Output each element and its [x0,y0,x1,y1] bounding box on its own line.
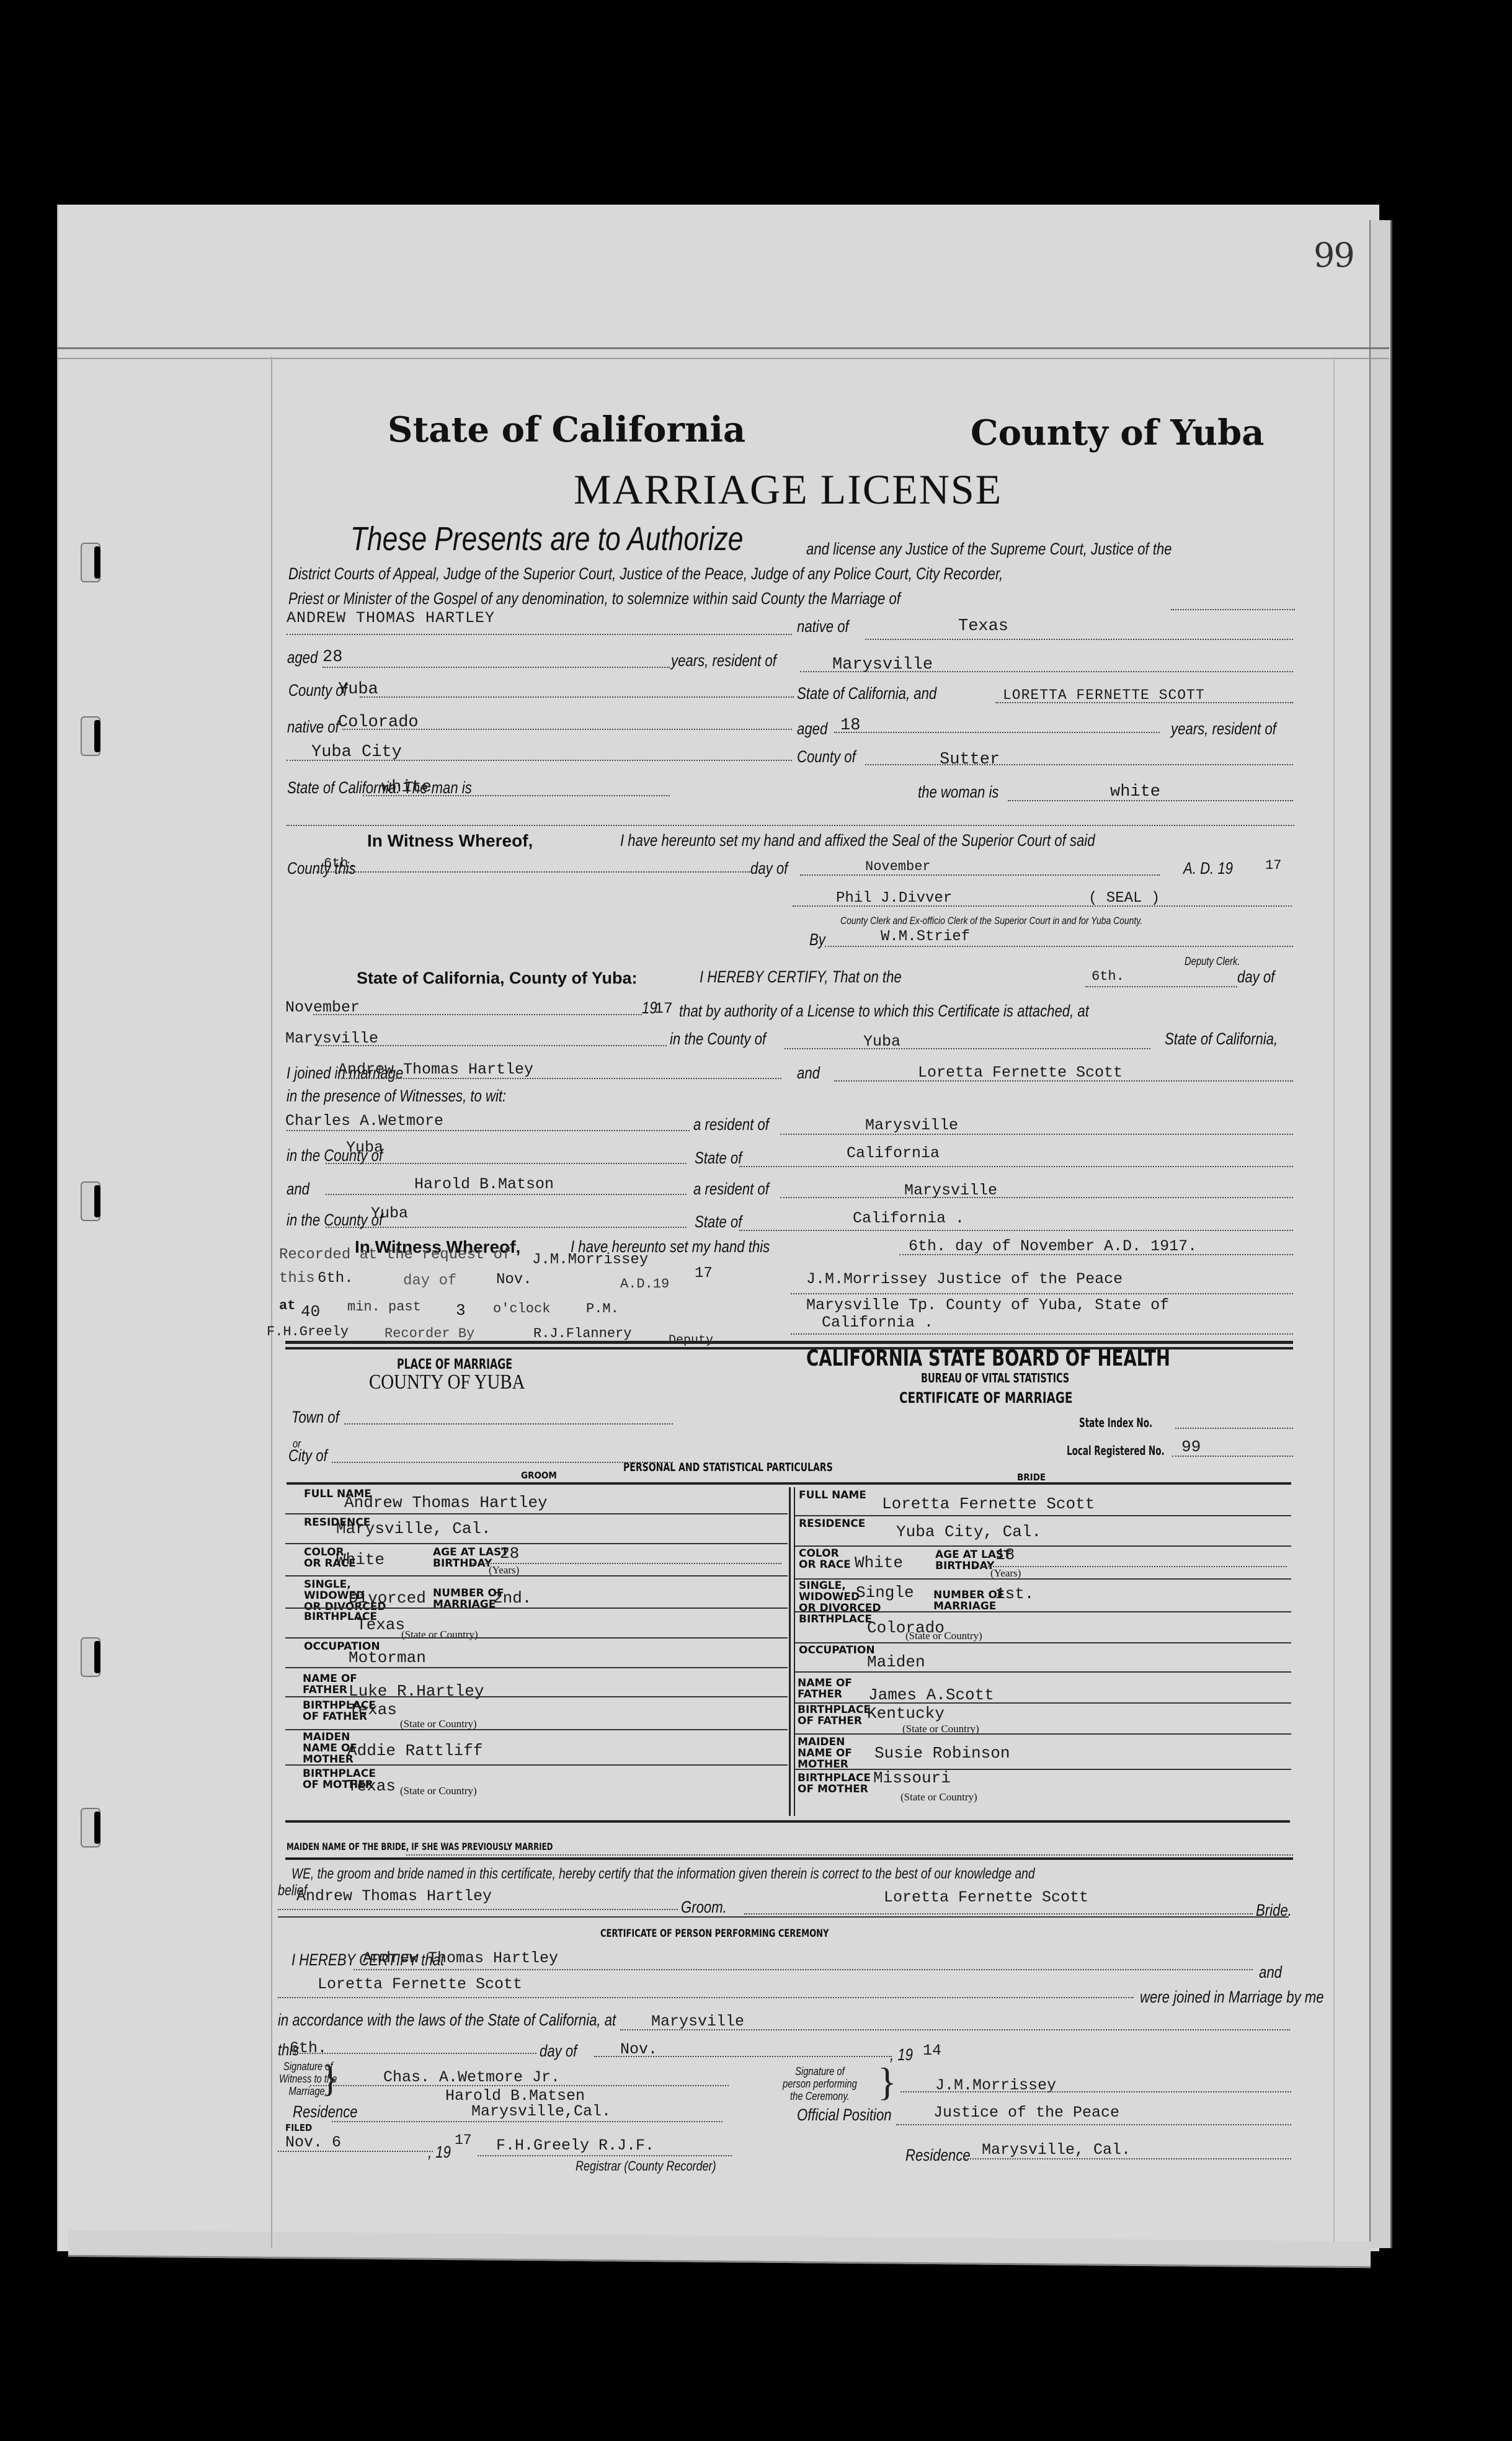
label: BIRTHPLACE OF MOTHER [798,1772,871,1795]
recording-label: at [279,1298,295,1314]
recording-label: min. past [347,1299,421,1315]
seal-text: ( SEAL ) [1088,890,1160,907]
page-number: 99 [1314,236,1354,275]
label: , 19 [428,2143,451,2162]
groom-father: Luke R.Hartley [349,1682,484,1701]
label: day of [1237,967,1274,987]
recording-label: o'clock [493,1301,550,1317]
label: NUMBER OF MARRIAGE [933,1590,1005,1612]
bride-father: James A.Scott [868,1686,994,1704]
label: COLOR OR RACE [799,1548,851,1570]
official-position-field: Justice of the Peace [933,2104,1119,2122]
label: years, resident of [671,651,776,670]
label: I HEREBY CERTIFY, That on the [700,967,902,987]
groom-full-name: Andrew Thomas Hartley [344,1493,548,1512]
groom-column-header: GROOM [521,1470,557,1481]
label: native of [797,617,849,636]
ceremony-groom-field: Andrew Thomas Hartley [363,1949,558,1967]
label: Signature of person performing the Cerem… [783,2065,857,2102]
bride-occupation: Maiden [867,1653,925,1671]
cert-year-field: 17 [654,1000,673,1018]
binding-hole-icon [81,543,100,582]
label: and [1259,1963,1282,1982]
witness1-county-field: Yuba [346,1139,383,1157]
ceremony-heading: CERTIFICATE OF PERSON PERFORMING CEREMON… [600,1927,829,1940]
bride-full-name: Loretta Fernette Scott [882,1495,1095,1513]
witness-residence-field: Marysville,Cal. [471,2102,611,2120]
header-rule [57,347,1389,359]
state-heading: State of California [388,409,745,450]
label: Residence [905,2146,971,2165]
filed-label: FILED [285,2122,312,2133]
label: the woman is [918,783,998,802]
groom-mother: Addie Rattliff [347,1741,483,1760]
cert-groom-field: Andrew Thomas Hartley [338,1060,533,1078]
label: I have hereunto set my hand and affixed … [620,831,1095,850]
cert-bride-field: Loretta Fernette Scott [918,1064,1123,1082]
officiant-place-field: Marysville Tp. County of Yuba, State of [806,1296,1169,1314]
recording-minute-field: 40 [301,1302,320,1321]
officiant-residence-field: Marysville, Cal. [982,2141,1131,2159]
filed-year-field: 17 [455,2132,472,2148]
label: Town of [291,1408,339,1427]
bride-name-field: LORETTA FERNETTE SCOTT [1003,687,1205,703]
witness1-residence-field: Marysville [865,1116,958,1134]
label: BIRTHPLACE [799,1614,872,1625]
label: in the County of [670,1029,766,1049]
recording-requester-field: J.M.Morrissey [532,1252,648,1268]
intro-text: District Courts of Appeal, Judge of the … [288,564,1003,584]
label: Residence [293,2102,358,2122]
groom-age-field: 28 [322,648,342,667]
witness2-county-field: Yuba [371,1204,408,1222]
recording-day-field: 6th. [318,1270,354,1287]
groom-race-field: white [381,778,432,797]
ceremony-bride-field: Loretta Fernette Scott [318,1975,522,1993]
label: County of [797,747,856,767]
local-registered-number: 99 [1181,1438,1201,1456]
bride-marital-status: Single [856,1583,914,1602]
groom-signature: Andrew Thomas Hartley [296,1887,492,1905]
label: City of [288,1446,327,1465]
brace-icon: } [321,2060,339,2097]
recording-label: this [279,1270,315,1287]
registrar-field: F.H.Greely R.J.F. [496,2136,654,2154]
label: Official Position [797,2105,892,2125]
label: and [287,1180,309,1199]
label: a resident of [693,1115,769,1134]
label: State of California, and [797,684,936,703]
witness2-name-field: Harold B.Matson [414,1175,554,1193]
maiden-name-label: MAIDEN NAME OF THE BRIDE, IF SHE WAS PRE… [287,1841,553,1852]
clerk-name-field: Phil J.Divver [836,890,952,907]
label: were joined in Marriage by me [1140,1988,1324,2007]
recorder-name-field: F.H.Greely [267,1324,349,1340]
intro-text: Priest or Minister of the Gospel of any … [288,589,901,608]
bride-native-of-field: Colorado [338,713,419,732]
label: (Years) [990,1567,1021,1580]
label: MAIDEN NAME OF MOTHER [798,1736,852,1770]
binding-hole-icon [81,716,100,756]
witness-date-field: 6th. day of November A.D. 1917. [909,1237,1197,1255]
label: State Index No. [1079,1415,1152,1430]
particulars-heading: PERSONAL AND STATISTICAL PARTICULARS [623,1461,833,1474]
groom-age: 28 [500,1544,519,1563]
intro-text: and license any Justice of the Supreme C… [806,540,1172,559]
groom-county-field: Yuba [338,680,378,699]
binding-hole-icon [81,1637,100,1677]
label: State of [695,1212,742,1232]
groom-father-birthplace: Texas [349,1701,397,1719]
label: native of [287,718,339,737]
place-county: COUNTY OF YUBA [369,1371,525,1394]
label: BIRTHPLACE OF FATHER [798,1704,871,1727]
groom-marital-status: Divorced [349,1589,426,1607]
bride-residence: Yuba City, Cal. [896,1523,1041,1541]
left-margin-line [271,357,272,2248]
clerk-title: County Clerk and Ex-officio Clerk of the… [840,915,1142,927]
label: FULL NAME [799,1490,866,1501]
underlying-page-edge [1369,220,1392,2248]
label: in the presence of Witnesses, to wit: [287,1087,506,1106]
label: a resident of [693,1180,769,1199]
recording-label: day of [403,1273,456,1289]
ceremony-day-field: 6th. [290,2039,327,2057]
label: years, resident of [1171,719,1276,739]
ceremony-place-field: Marysville [651,2012,744,2030]
certificate-lead: State of California, County of Yuba: [357,969,638,988]
label: By [809,930,825,949]
label: NAME OF FATHER [798,1678,852,1700]
bride-age-field: 18 [840,716,860,735]
recording-label: A.D.19 [620,1276,669,1292]
witness1-name-field: Charles A.Wetmore [285,1112,443,1130]
recording-deputy-field: R.J.Flannery [533,1326,631,1341]
bride-column-header: BRIDE [1017,1472,1046,1483]
bride-residence-field: Yuba City [311,743,402,762]
issue-month-field: November [865,859,931,874]
recording-label: Recorder By [385,1326,474,1341]
label: OCCUPATION [799,1645,875,1656]
bride-race-field: white [1110,783,1160,801]
label: State of California, [1165,1029,1278,1049]
label: that by authority of a License to which … [679,1002,1089,1021]
groom-marriage-number: 2nd. [493,1589,531,1607]
bride-color: White [855,1554,903,1572]
bride-mother: Susie Robinson [874,1744,1010,1763]
ceremony-year-field: 14 [923,2042,941,2060]
groom-mother-birthplace: Texas [347,1777,396,1795]
brace-icon: } [878,2062,897,2102]
label: (State or Country) [401,1629,478,1641]
issue-day-field: 6th. [324,856,357,871]
groom-name-field: ANDREW THOMAS HARTLEY [287,609,495,627]
label: (State or Country) [905,1630,982,1642]
deputy-name-field: W.M.Strief [881,928,970,945]
bureau-heading: BUREAU OF VITAL STATISTICS [921,1371,1069,1385]
label: aged [287,648,318,667]
label: RESIDENCE [799,1518,865,1529]
binding-hole-icon [81,1181,100,1221]
bride-marriage-number: 1st. [995,1585,1034,1603]
groom-residence-field: Marysville [832,656,933,674]
bride-county-field: Sutter [940,750,1000,769]
deputy-title: Deputy Clerk. [1185,955,1240,968]
recording-ampm-field: P.M. [586,1301,619,1317]
label: (State or Country) [400,1785,477,1797]
label: day of [540,2042,577,2061]
witness2-residence-field: Marysville [904,1181,997,1199]
bride-age: 18 [995,1545,1015,1564]
cert-county-field: Yuba [863,1033,901,1051]
right-margin-line [1333,357,1335,2242]
witness-whereof-heading: In Witness Whereof, [367,831,533,851]
bride-mother-birthplace: Missouri [873,1769,951,1787]
label: aged [797,719,827,739]
label: (Years) [489,1564,519,1576]
intro-heading: These Presents are to Authorize [350,520,743,558]
groom-birthplace: Texas [357,1616,405,1634]
filed-date-field: Nov. 6 [285,2133,341,2151]
board-heading: CALIFORNIA STATE BOARD OF HEALTH [806,1346,1170,1371]
cert-day-field: 6th. [1092,969,1124,984]
groom-occupation: Motorman [349,1648,426,1667]
document-title: MARRIAGE LICENSE [574,465,1002,514]
label: and [797,1064,820,1083]
witness1-state-field: California [847,1144,940,1162]
groom-color: White [336,1550,385,1569]
label: (State or Country) [901,1791,977,1803]
recording-month-field: Nov. [496,1271,532,1288]
cert-of-marriage-heading: CERTIFICATE OF MARRIAGE [899,1389,1072,1407]
issue-year-field: 17 [1265,858,1281,873]
we-certify-text: WE, the groom and bride named in this ce… [291,1865,1035,1883]
binding-hole-icon [81,1808,100,1847]
label: in accordance with the laws of the State… [278,2011,616,2030]
label: A. D. 19 [1183,859,1233,878]
groom-residence: Marysville, Cal. [336,1519,491,1538]
label: Groom. [681,1898,727,1917]
officiant-field: J.M.Morrissey Justice of the Peace [806,1270,1123,1288]
label: Local Registered No. [1067,1443,1165,1458]
label: (State or Country) [400,1718,477,1730]
bride-father-birthplace: Kentucky [867,1704,945,1723]
label: Registrar (County Recorder) [576,2158,716,2174]
county-heading: County of Yuba [971,412,1264,453]
bride-signature: Loretta Fernette Scott [884,1888,1088,1906]
label: day of [750,859,788,878]
witness1-signature: Chas. A.Wetmore Jr. [383,2068,560,2086]
recording-year-field: 17 [695,1265,713,1282]
officiant-place-field: California . [822,1314,933,1332]
witness2-state-field: California . [853,1209,964,1227]
recording-stamp-label: Recorded at the request of [279,1247,511,1263]
label: State of [695,1149,742,1168]
recording-hour-field: 3 [456,1301,466,1320]
groom-native-of-field: Texas [958,617,1008,636]
